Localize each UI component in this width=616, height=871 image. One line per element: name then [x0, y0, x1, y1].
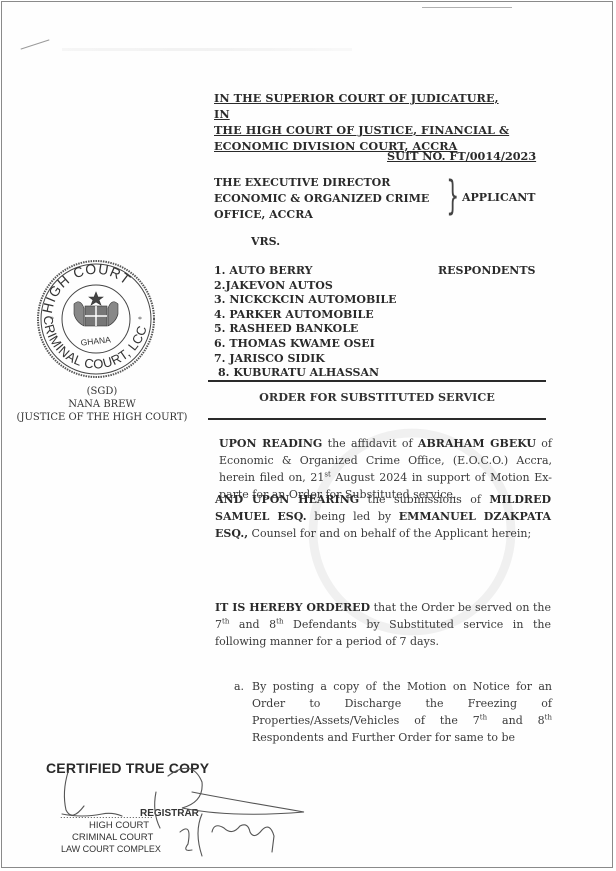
respondent-item: 2.JAKEVON AUTOS — [214, 279, 397, 294]
document-page: IN THE SUPERIOR COURT OF JUDICATURE, IN … — [1, 1, 613, 868]
list-marker: a. — [234, 678, 244, 695]
respondents-list: 1. AUTO BERRY 2.JAKEVON AUTOS 3. NICKCKC… — [214, 264, 397, 381]
judge-name: NANA BREW — [2, 398, 202, 411]
court-seal: HIGH COURT CRIMINAL COURT, LCC * * GHANA — [30, 256, 162, 382]
certified-true-copy-stamp: CERTIFIED TRUE COPY — [46, 760, 209, 776]
text: and 8 — [487, 714, 545, 727]
applicant-name: THE EXECUTIVE DIRECTOR ECONOMIC & ORGANI… — [214, 175, 429, 223]
faded-header-text — [62, 48, 352, 51]
scan-artifact — [422, 7, 512, 8]
respondent-item: 8. KUBURATU ALHASSAN — [214, 366, 397, 381]
applicant-line: OFFICE, ACCRA — [214, 207, 429, 223]
bold-lead: AND UPON HEARING — [215, 493, 359, 506]
court-title-line: THE HIGH COURT OF JUSTICE, FINANCIAL & — [214, 122, 514, 138]
svg-text:*: * — [50, 315, 54, 324]
respondent-item: 3. NICKCKCIN AUTOMOBILE — [214, 293, 397, 308]
court-title: IN THE SUPERIOR COURT OF JUDICATURE, IN … — [214, 90, 514, 154]
court-title-line: IN THE SUPERIOR COURT OF JUDICATURE, IN — [214, 90, 514, 122]
respondents-label: RESPONDENTS — [438, 264, 536, 277]
registrar-label: REGISTRAR — [140, 808, 199, 819]
text: being led by — [307, 510, 399, 523]
text: the submissions of — [359, 493, 489, 506]
applicant-label: APPLICANT — [462, 191, 536, 204]
text: the affidavit of — [322, 437, 418, 450]
superscript: th — [545, 713, 552, 721]
scan-artifact — [21, 39, 50, 49]
order-list-item: a. By posting a copy of the Motion on No… — [234, 678, 552, 746]
bold-lead: UPON READING — [219, 437, 322, 450]
list-item-text: By posting a copy of the Motion on Notic… — [252, 678, 552, 746]
respondent-item: 5. RASHEED BANKOLE — [214, 322, 397, 337]
divider — [208, 380, 546, 382]
svg-text:*: * — [138, 315, 142, 324]
respondent-item: 6. THOMAS KWAME OSEI — [214, 337, 397, 352]
svg-text:GHANA: GHANA — [80, 334, 111, 347]
paragraph-hereby-ordered: IT IS HEREBY ORDERED that the Order be s… — [215, 599, 551, 650]
stamp-line: HIGH COURT — [89, 820, 149, 831]
respondent-item: 1. AUTO BERRY — [214, 264, 397, 279]
suit-number: SUIT NO. FT/0014/2023 — [387, 149, 536, 163]
deponent-name: ABRAHAM GBEKU — [418, 437, 536, 450]
judge-signature-block: (SGD) NANA BREW (JUSTICE OF THE HIGH COU… — [2, 385, 202, 424]
divider — [208, 418, 546, 420]
brace-symbol: } — [446, 176, 459, 216]
applicant-line: THE EXECUTIVE DIRECTOR — [214, 175, 429, 191]
text: and 8 — [229, 618, 276, 631]
respondent-item: 7. JARISCO SIDIK — [214, 352, 397, 367]
bold-lead: IT IS HEREBY ORDERED — [215, 601, 370, 614]
order-heading: ORDER FOR SUBSTITUTED SERVICE — [208, 390, 546, 404]
versus-label: VRS. — [251, 235, 280, 248]
stamp-line: CRIMINAL COURT — [72, 832, 153, 843]
signed-label: (SGD) — [2, 385, 202, 398]
paragraph-upon-hearing: AND UPON HEARING the submissions of MILD… — [215, 491, 551, 542]
text: Counsel for and on behalf of the Applica… — [248, 527, 531, 540]
stamp-line: LAW COURT COMPLEX — [61, 844, 161, 854]
respondent-item: 4. PARKER AUTOMOBILE — [214, 308, 397, 323]
applicant-line: ECONOMIC & ORGANIZED CRIME — [214, 191, 429, 207]
text: Respondents and Further Order for same t… — [252, 731, 515, 744]
judge-title: (JUSTICE OF THE HIGH COURT) — [2, 411, 202, 424]
